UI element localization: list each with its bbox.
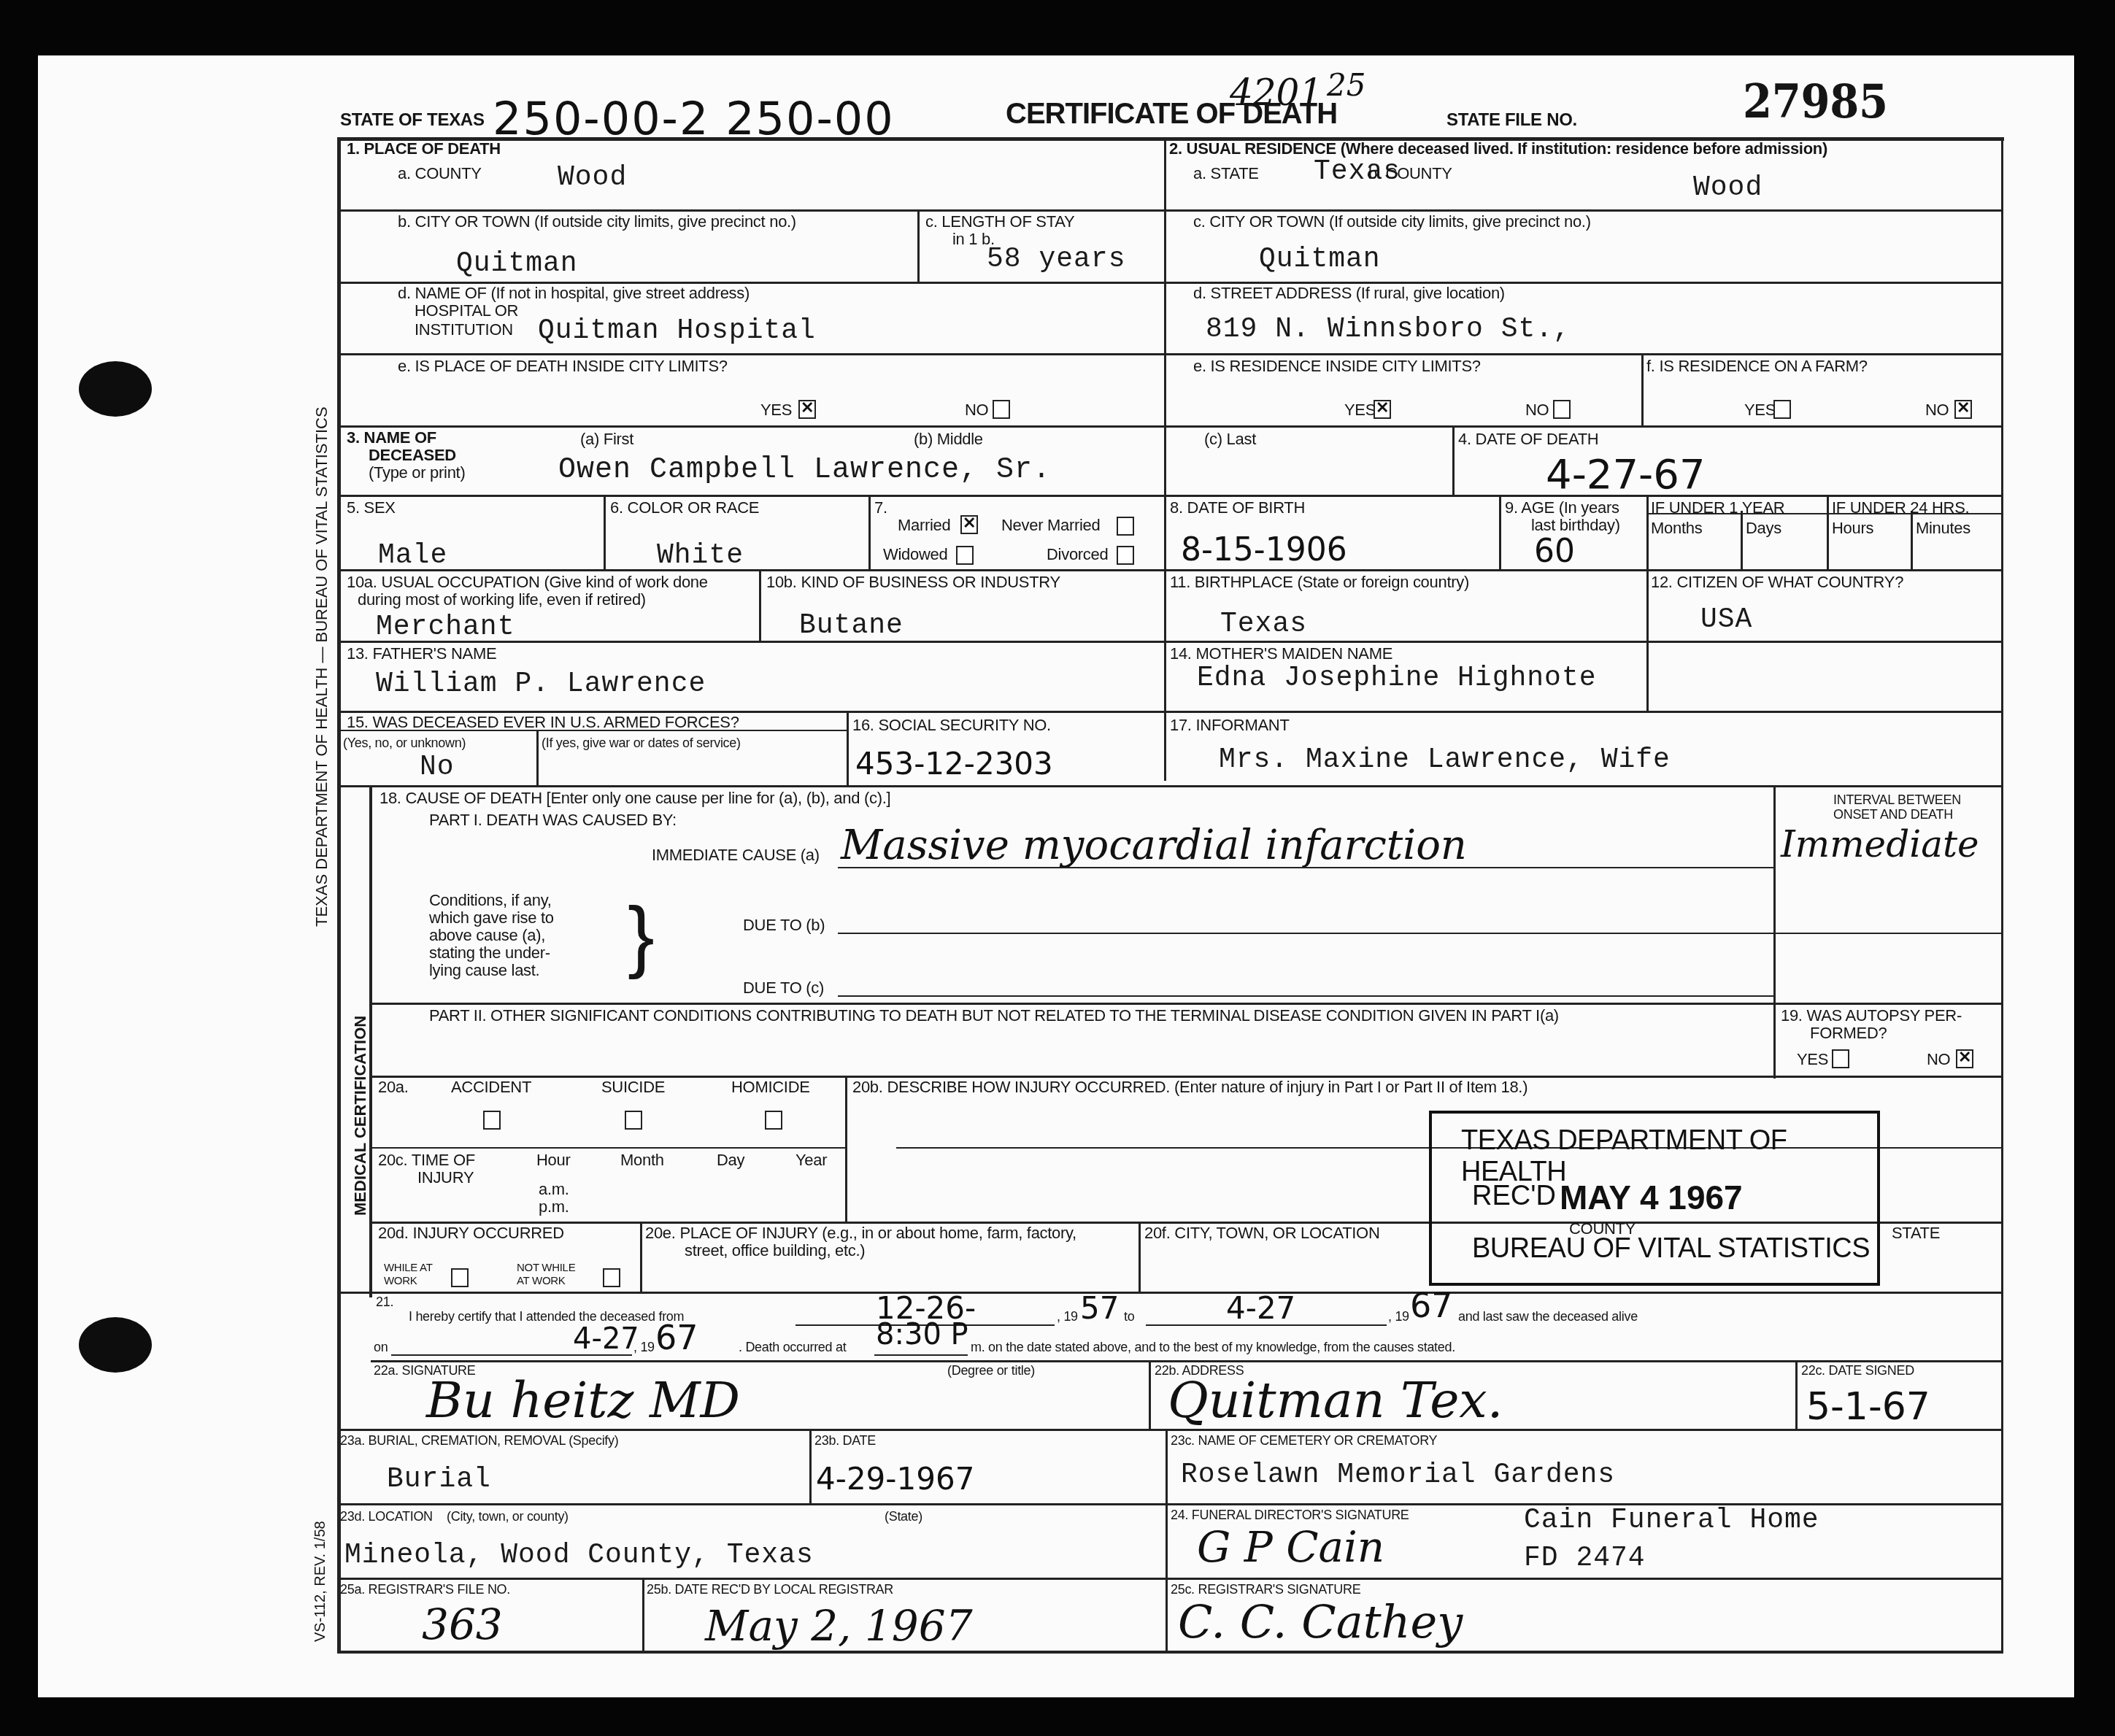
conditions-line-3: above cause (a), xyxy=(429,927,545,945)
dob-label: 8. DATE OF BIRTH xyxy=(1170,499,1305,517)
days-label: Days xyxy=(1746,520,1781,538)
registrar-file-value[interactable]: 363 xyxy=(422,1600,503,1649)
birthplace-value[interactable]: Texas xyxy=(1220,609,1307,640)
injury-city-label: 20f. CITY, TOWN, OR LOCATION xyxy=(1144,1224,1379,1243)
res-inside-yes-label: YES xyxy=(1344,401,1376,420)
res-county-label: b. COUNTY xyxy=(1368,165,1452,183)
res-inside-yes-checkbox[interactable] xyxy=(1374,400,1391,419)
armed-forces-sub-1: (Yes, no, or unknown) xyxy=(343,736,466,750)
autopsy-yes-label: YES xyxy=(1797,1051,1828,1069)
state-of-texas-label: STATE OF TEXAS xyxy=(340,111,485,131)
last-seen-year-value[interactable]: 67 xyxy=(655,1318,698,1357)
certify-text-tail: m. on the date stated above, and to the … xyxy=(971,1340,1455,1354)
divider xyxy=(339,1429,2003,1431)
married-checkbox[interactable] xyxy=(960,515,978,534)
to-year-value[interactable]: 67 xyxy=(1410,1286,1453,1325)
burial-method-value[interactable]: Burial xyxy=(387,1464,491,1495)
divider xyxy=(1499,496,1501,569)
certify-text-19a: , 19 xyxy=(1057,1309,1078,1324)
part1-label: PART I. DEATH WAS CAUSED BY: xyxy=(429,811,677,830)
res-state-label: a. STATE xyxy=(1193,165,1259,183)
place-of-injury-label-1: 20e. PLACE OF INJURY (e.g., in or about … xyxy=(645,1224,1076,1243)
first-name-label: (a) First xyxy=(580,431,633,449)
residence-label: 2. USUAL RESIDENCE (Where deceased lived… xyxy=(1169,140,1827,158)
race-label: 6. COLOR OR RACE xyxy=(610,499,759,517)
divider xyxy=(838,867,1773,868)
hospital-label-2: HOSPITAL OR xyxy=(415,302,518,320)
never-married-label: Never Married xyxy=(1001,517,1100,535)
divider xyxy=(1139,1223,1141,1292)
center-divider-upper xyxy=(1164,139,1166,781)
while-at-work-2: WORK xyxy=(384,1276,417,1288)
divider xyxy=(1149,1362,1151,1429)
ssn-label: 16. SOCIAL SECURITY NO. xyxy=(852,717,1051,735)
physician-address[interactable]: Quitman Tex. xyxy=(1168,1372,1503,1430)
divorced-label: Divorced xyxy=(1047,546,1108,564)
divider xyxy=(640,1223,642,1292)
place-of-injury-label-2: street, office building, etc.) xyxy=(685,1242,865,1260)
month-label: Month xyxy=(620,1151,664,1170)
birthplace-label: 11. BIRTHPLACE (State or foreign country… xyxy=(1170,574,1469,592)
death-city-label: b. CITY OR TOWN (If outside city limits,… xyxy=(398,213,796,231)
divider xyxy=(847,712,849,785)
place-of-death-label: 1. PLACE OF DEATH xyxy=(347,140,501,158)
death-inside-yes-checkbox[interactable] xyxy=(798,400,816,419)
form-left-border xyxy=(337,137,341,1653)
citizen-label: 12. CITIZEN OF WHAT COUNTRY? xyxy=(1651,574,1903,592)
medical-certification-label: MEDICAL CERTIFICATION xyxy=(351,1016,370,1216)
mother-value[interactable]: Edna Josephine Highnote xyxy=(1197,663,1597,694)
divider xyxy=(339,1292,2003,1294)
location-value[interactable]: Mineola, Wood County, Texas xyxy=(344,1540,814,1571)
physician-signature[interactable]: Bu heitz MD xyxy=(426,1372,740,1430)
autopsy-yes-checkbox[interactable] xyxy=(1832,1049,1849,1068)
under-day-label: IF UNDER 24 HRS. xyxy=(1832,499,1969,517)
death-county-label: a. COUNTY xyxy=(398,165,482,183)
divider xyxy=(1641,355,1644,425)
res-city-value[interactable]: Quitman xyxy=(1259,244,1381,275)
sex-value[interactable]: Male xyxy=(378,540,447,571)
not-while-at-work-checkbox[interactable] xyxy=(603,1268,620,1287)
margin-bureau-text: TEXAS DEPARTMENT OF HEALTH — BUREAU OF V… xyxy=(312,406,331,927)
death-inside-yes-label: YES xyxy=(760,401,792,420)
industry-value[interactable]: Butane xyxy=(799,610,904,641)
certify-text-19c: , 19 xyxy=(633,1340,655,1354)
sex-label: 5. SEX xyxy=(347,499,396,517)
homicide-checkbox[interactable] xyxy=(765,1111,782,1130)
funeral-license-value[interactable]: FD 2474 xyxy=(1524,1543,1646,1574)
certify-text-to: to xyxy=(1124,1309,1134,1324)
farm-yes-checkbox[interactable] xyxy=(1773,400,1791,419)
married-label: Married xyxy=(898,517,950,535)
due-to-b-line xyxy=(838,933,1773,934)
divider xyxy=(604,496,606,569)
interval-label-1: INTERVAL BETWEEN xyxy=(1833,792,1961,807)
immediate-cause-value[interactable]: Massive myocardial infarction xyxy=(841,822,1467,869)
certify-text-1: I hereby certify that I attended the dec… xyxy=(409,1309,684,1324)
year-label: Year xyxy=(795,1151,827,1170)
armed-forces-label: 15. WAS DECEASED EVER IN U.S. ARMED FORC… xyxy=(347,714,739,732)
occupation-label-2: during most of working life, even if ret… xyxy=(358,591,646,609)
accident-label: ACCIDENT xyxy=(451,1079,531,1097)
punch-hole-top xyxy=(79,361,152,417)
certificate-title: CERTIFICATE OF DEATH xyxy=(1006,98,1337,131)
form-bottom-border xyxy=(337,1651,2003,1654)
brace-icon: } xyxy=(628,890,654,980)
mother-label: 14. MOTHER'S MAIDEN NAME xyxy=(1170,645,1392,663)
divider xyxy=(1827,496,1829,569)
divider xyxy=(339,785,2003,787)
months-label: Months xyxy=(1651,520,1702,538)
burial-method-label: 23a. BURIAL, CREMATION, REMOVAL (Specify… xyxy=(340,1433,618,1448)
registrar-signature[interactable]: C. C. Cathey xyxy=(1178,1595,1463,1648)
divider xyxy=(1795,1362,1798,1429)
divider xyxy=(868,496,871,569)
res-street-value[interactable]: 819 N. Winnsboro St., xyxy=(1206,314,1571,345)
stamp-bureau: BUREAU OF VITAL STATISTICS xyxy=(1472,1233,1870,1265)
divider xyxy=(371,1003,2003,1005)
res-inside-no-checkbox[interactable] xyxy=(1553,400,1571,419)
race-value[interactable]: White xyxy=(657,540,744,571)
location-sub-2: (State) xyxy=(885,1509,922,1524)
injury-state-label: STATE xyxy=(1892,1224,1940,1243)
deceased-name-value[interactable]: Owen Campbell Lawrence, Sr. xyxy=(558,454,1051,487)
divider xyxy=(642,1579,644,1652)
divider xyxy=(1911,511,1913,569)
divider xyxy=(845,1077,847,1223)
farm-no-checkbox[interactable] xyxy=(1954,400,1972,419)
homicide-label: HOMICIDE xyxy=(731,1079,810,1097)
father-value[interactable]: William P. Lawrence xyxy=(376,668,706,700)
accident-checkbox[interactable] xyxy=(483,1111,501,1130)
date-signed-label: 22c. DATE SIGNED xyxy=(1801,1363,1914,1378)
pm-label: p.m. xyxy=(539,1198,569,1216)
divider xyxy=(917,210,920,282)
res-inside-limits-label: e. IS RESIDENCE INSIDE CITY LIMITS? xyxy=(1193,358,1481,376)
suicide-checkbox[interactable] xyxy=(625,1111,642,1130)
location-label: 23d. LOCATION xyxy=(340,1509,433,1524)
state-file-number: 27985 xyxy=(1743,76,1888,128)
divider xyxy=(339,425,2003,428)
item-21-label: 21. xyxy=(376,1295,393,1309)
hour-label: Hour xyxy=(536,1151,571,1170)
informant-value[interactable]: Mrs. Maxine Lawrence, Wife xyxy=(1219,744,1671,776)
autopsy-label-1: 19. WAS AUTOPSY PER- xyxy=(1781,1007,1962,1025)
funeral-director-signature[interactable]: G P Cain xyxy=(1197,1522,1384,1572)
registrar-file-label: 25a. REGISTRAR'S FILE NO. xyxy=(340,1582,510,1597)
am-label: a.m. xyxy=(539,1181,569,1199)
informant-label: 17. INFORMANT xyxy=(1170,717,1290,735)
last-name-label: (c) Last xyxy=(1204,431,1256,449)
divider xyxy=(1452,427,1455,495)
death-time-value[interactable]: 8:30 P xyxy=(876,1318,968,1351)
conditions-line-2: which gave rise to xyxy=(429,909,554,927)
certify-text-last-saw: and last saw the deceased alive xyxy=(1458,1309,1638,1324)
cemetery-label: 23c. NAME OF CEMETERY OR CREMATORY xyxy=(1171,1433,1437,1448)
divider xyxy=(339,569,2003,571)
res-inside-no-label: NO xyxy=(1525,401,1549,420)
never-married-checkbox[interactable] xyxy=(1117,517,1134,536)
time-of-injury-label-1: 20c. TIME OF xyxy=(378,1151,475,1170)
death-inside-limits-label: e. IS PLACE OF DEATH INSIDE CITY LIMITS? xyxy=(398,358,728,376)
divider xyxy=(339,209,2003,212)
divider xyxy=(339,641,2003,643)
widowed-checkbox[interactable] xyxy=(956,546,974,565)
injury-occurred-label: 20d. INJURY OCCURRED xyxy=(378,1224,564,1243)
divider xyxy=(339,1578,2003,1580)
cause-label: 18. CAUSE OF DEATH [Enter only one cause… xyxy=(380,790,890,808)
occupation-label-1: 10a. USUAL OCCUPATION (Give kind of work… xyxy=(347,574,708,592)
age-value[interactable]: 60 xyxy=(1534,533,1575,570)
name-label-2: DECEASED xyxy=(369,447,456,465)
divider xyxy=(809,1430,812,1503)
armed-forces-sub-2: (If yes, give war or dates of service) xyxy=(542,736,741,750)
due-to-b-label: DUE TO (b) xyxy=(743,917,825,935)
medical-section-border xyxy=(369,787,372,1297)
conditions-line-5: lying cause last. xyxy=(429,962,539,980)
not-while-at-work-1: NOT WHILE xyxy=(517,1262,575,1275)
due-to-c-line xyxy=(838,995,1773,997)
divider xyxy=(371,1147,845,1149)
form-right-border xyxy=(2001,137,2003,1653)
registrar-date-label: 25b. DATE REC'D BY LOCAL REGISTRAR xyxy=(647,1582,893,1597)
day-label: Day xyxy=(717,1151,744,1170)
certify-text-19b: , 19 xyxy=(1388,1309,1409,1324)
interval-label-2: ONSET AND DEATH xyxy=(1833,807,1953,822)
funeral-home-value[interactable]: Cain Funeral Home xyxy=(1524,1505,1819,1536)
divider xyxy=(371,1360,2003,1362)
conditions-line-1: Conditions, if any, xyxy=(429,892,552,910)
location-sub-1: (City, town, or county) xyxy=(447,1509,569,1524)
conditions-line-4: stating the under- xyxy=(429,944,550,962)
hospital-label-3: INSTITUTION xyxy=(415,321,513,339)
under-year-label: IF UNDER 1 YEAR xyxy=(1651,499,1784,517)
death-inside-no-checkbox[interactable] xyxy=(993,400,1010,419)
hospital-value[interactable]: Quitman Hospital xyxy=(538,315,816,347)
state-file-label: STATE FILE NO. xyxy=(1446,111,1577,131)
marital-label: 7. xyxy=(874,499,887,517)
father-label: 13. FATHER'S NAME xyxy=(347,645,496,663)
form-number: VS-112, REV. 1/58 xyxy=(312,1521,329,1642)
farm-yes-label: YES xyxy=(1744,401,1776,420)
describe-injury-label: 20b. DESCRIBE HOW INJURY OCCURRED. (Ente… xyxy=(852,1079,1527,1097)
res-city-label: c. CITY OR TOWN (If outside city limits,… xyxy=(1193,213,1591,231)
res-street-label: d. STREET ADDRESS (If rural, give locati… xyxy=(1193,285,1505,303)
divider xyxy=(1741,511,1743,569)
cemetery-value[interactable]: Roselawn Memorial Gardens xyxy=(1181,1459,1615,1491)
death-inside-no-label: NO xyxy=(965,401,988,420)
part2-label: PART II. OTHER SIGNIFICANT CONDITIONS CO… xyxy=(429,1007,1559,1025)
date-of-death-value[interactable]: 4-27-67 xyxy=(1546,451,1706,498)
ssn-value[interactable]: 453-12-2303 xyxy=(855,746,1053,782)
certificate-paper xyxy=(38,55,2074,1697)
death-county-value[interactable]: Wood xyxy=(558,162,627,193)
length-of-stay-value[interactable]: 58 years xyxy=(987,244,1125,275)
occupation-value[interactable]: Merchant xyxy=(376,612,515,643)
attended-to-value[interactable]: 4-27 xyxy=(1226,1290,1295,1326)
due-to-c-label: DUE TO (c) xyxy=(743,979,824,998)
immediate-cause-label: IMMEDIATE CAUSE (a) xyxy=(652,846,820,865)
divider xyxy=(536,731,539,785)
autopsy-no-checkbox[interactable] xyxy=(1956,1049,1973,1068)
name-label-1: 3. NAME OF xyxy=(347,429,436,447)
item-20a-label: 20a. xyxy=(378,1079,409,1097)
divider xyxy=(1773,933,2001,934)
degree-label: (Degree or title) xyxy=(947,1363,1035,1378)
divider xyxy=(339,495,2003,497)
certify-text-death-at: . Death occurred at xyxy=(739,1340,846,1354)
stamp-recd-label: REC'D xyxy=(1472,1181,1556,1212)
hours-label: Hours xyxy=(1832,520,1873,538)
last-seen-value[interactable]: 4-27 xyxy=(573,1322,639,1356)
industry-label: 10b. KIND OF BUSINESS OR INDUSTRY xyxy=(766,574,1060,592)
divider xyxy=(759,569,761,641)
burial-date-value[interactable]: 4-29-1967 xyxy=(816,1461,974,1497)
age-label-1: 9. AGE (In years xyxy=(1505,499,1619,517)
hospital-label-1: d. NAME OF (If not in hospital, give str… xyxy=(398,285,750,303)
divorced-checkbox[interactable] xyxy=(1117,546,1134,565)
autopsy-no-label: NO xyxy=(1927,1051,1950,1069)
received-stamp: TEXAS DEPARTMENT OF HEALTH REC'D MAY 4 1… xyxy=(1429,1111,1880,1286)
not-while-at-work-2: AT WORK xyxy=(517,1276,566,1288)
autopsy-label-2: FORMED? xyxy=(1810,1025,1887,1043)
widowed-label: Widowed xyxy=(883,546,947,564)
interval-value[interactable]: Immediate xyxy=(1781,823,1979,865)
citizen-value[interactable]: USA xyxy=(1700,604,1752,636)
length-of-stay-label: c. LENGTH OF STAY xyxy=(925,213,1074,231)
funeral-director-label: 24. FUNERAL DIRECTOR'S SIGNATURE xyxy=(1171,1508,1409,1522)
certify-text-on: on xyxy=(374,1340,388,1354)
minutes-label: Minutes xyxy=(1916,520,1970,538)
time-line xyxy=(874,1354,968,1356)
age-label-2: last birthday) xyxy=(1531,517,1620,535)
name-label-3: (Type or print) xyxy=(369,464,465,482)
divider xyxy=(339,353,2003,355)
death-city-value[interactable]: Quitman xyxy=(456,248,578,279)
farm-label: f. IS RESIDENCE ON A FARM? xyxy=(1646,358,1868,376)
divider xyxy=(1166,1430,1168,1653)
suicide-label: SUICIDE xyxy=(601,1079,665,1097)
from-year-value[interactable]: 57 xyxy=(1080,1290,1119,1326)
date-signed-value[interactable]: 5-1-67 xyxy=(1806,1385,1930,1429)
res-county-value[interactable]: Wood xyxy=(1693,172,1762,204)
registrar-date-value[interactable]: May 2, 1967 xyxy=(705,1601,973,1651)
farm-no-label: NO xyxy=(1925,401,1949,420)
while-at-work-1: WHILE AT xyxy=(384,1262,433,1275)
divider xyxy=(1646,496,1649,711)
middle-name-label: (b) Middle xyxy=(914,431,983,449)
date-of-death-label: 4. DATE OF DEATH xyxy=(1458,431,1598,449)
time-of-injury-label-2: INJURY xyxy=(417,1169,474,1187)
while-at-work-checkbox[interactable] xyxy=(451,1268,469,1287)
punch-hole-bottom xyxy=(79,1317,152,1373)
stamp-date: MAY 4 1967 xyxy=(1560,1178,1743,1217)
dob-value[interactable]: 8-15-1906 xyxy=(1181,531,1347,568)
burial-date-label: 23b. DATE xyxy=(814,1433,876,1448)
armed-forces-value[interactable]: No xyxy=(420,752,455,783)
